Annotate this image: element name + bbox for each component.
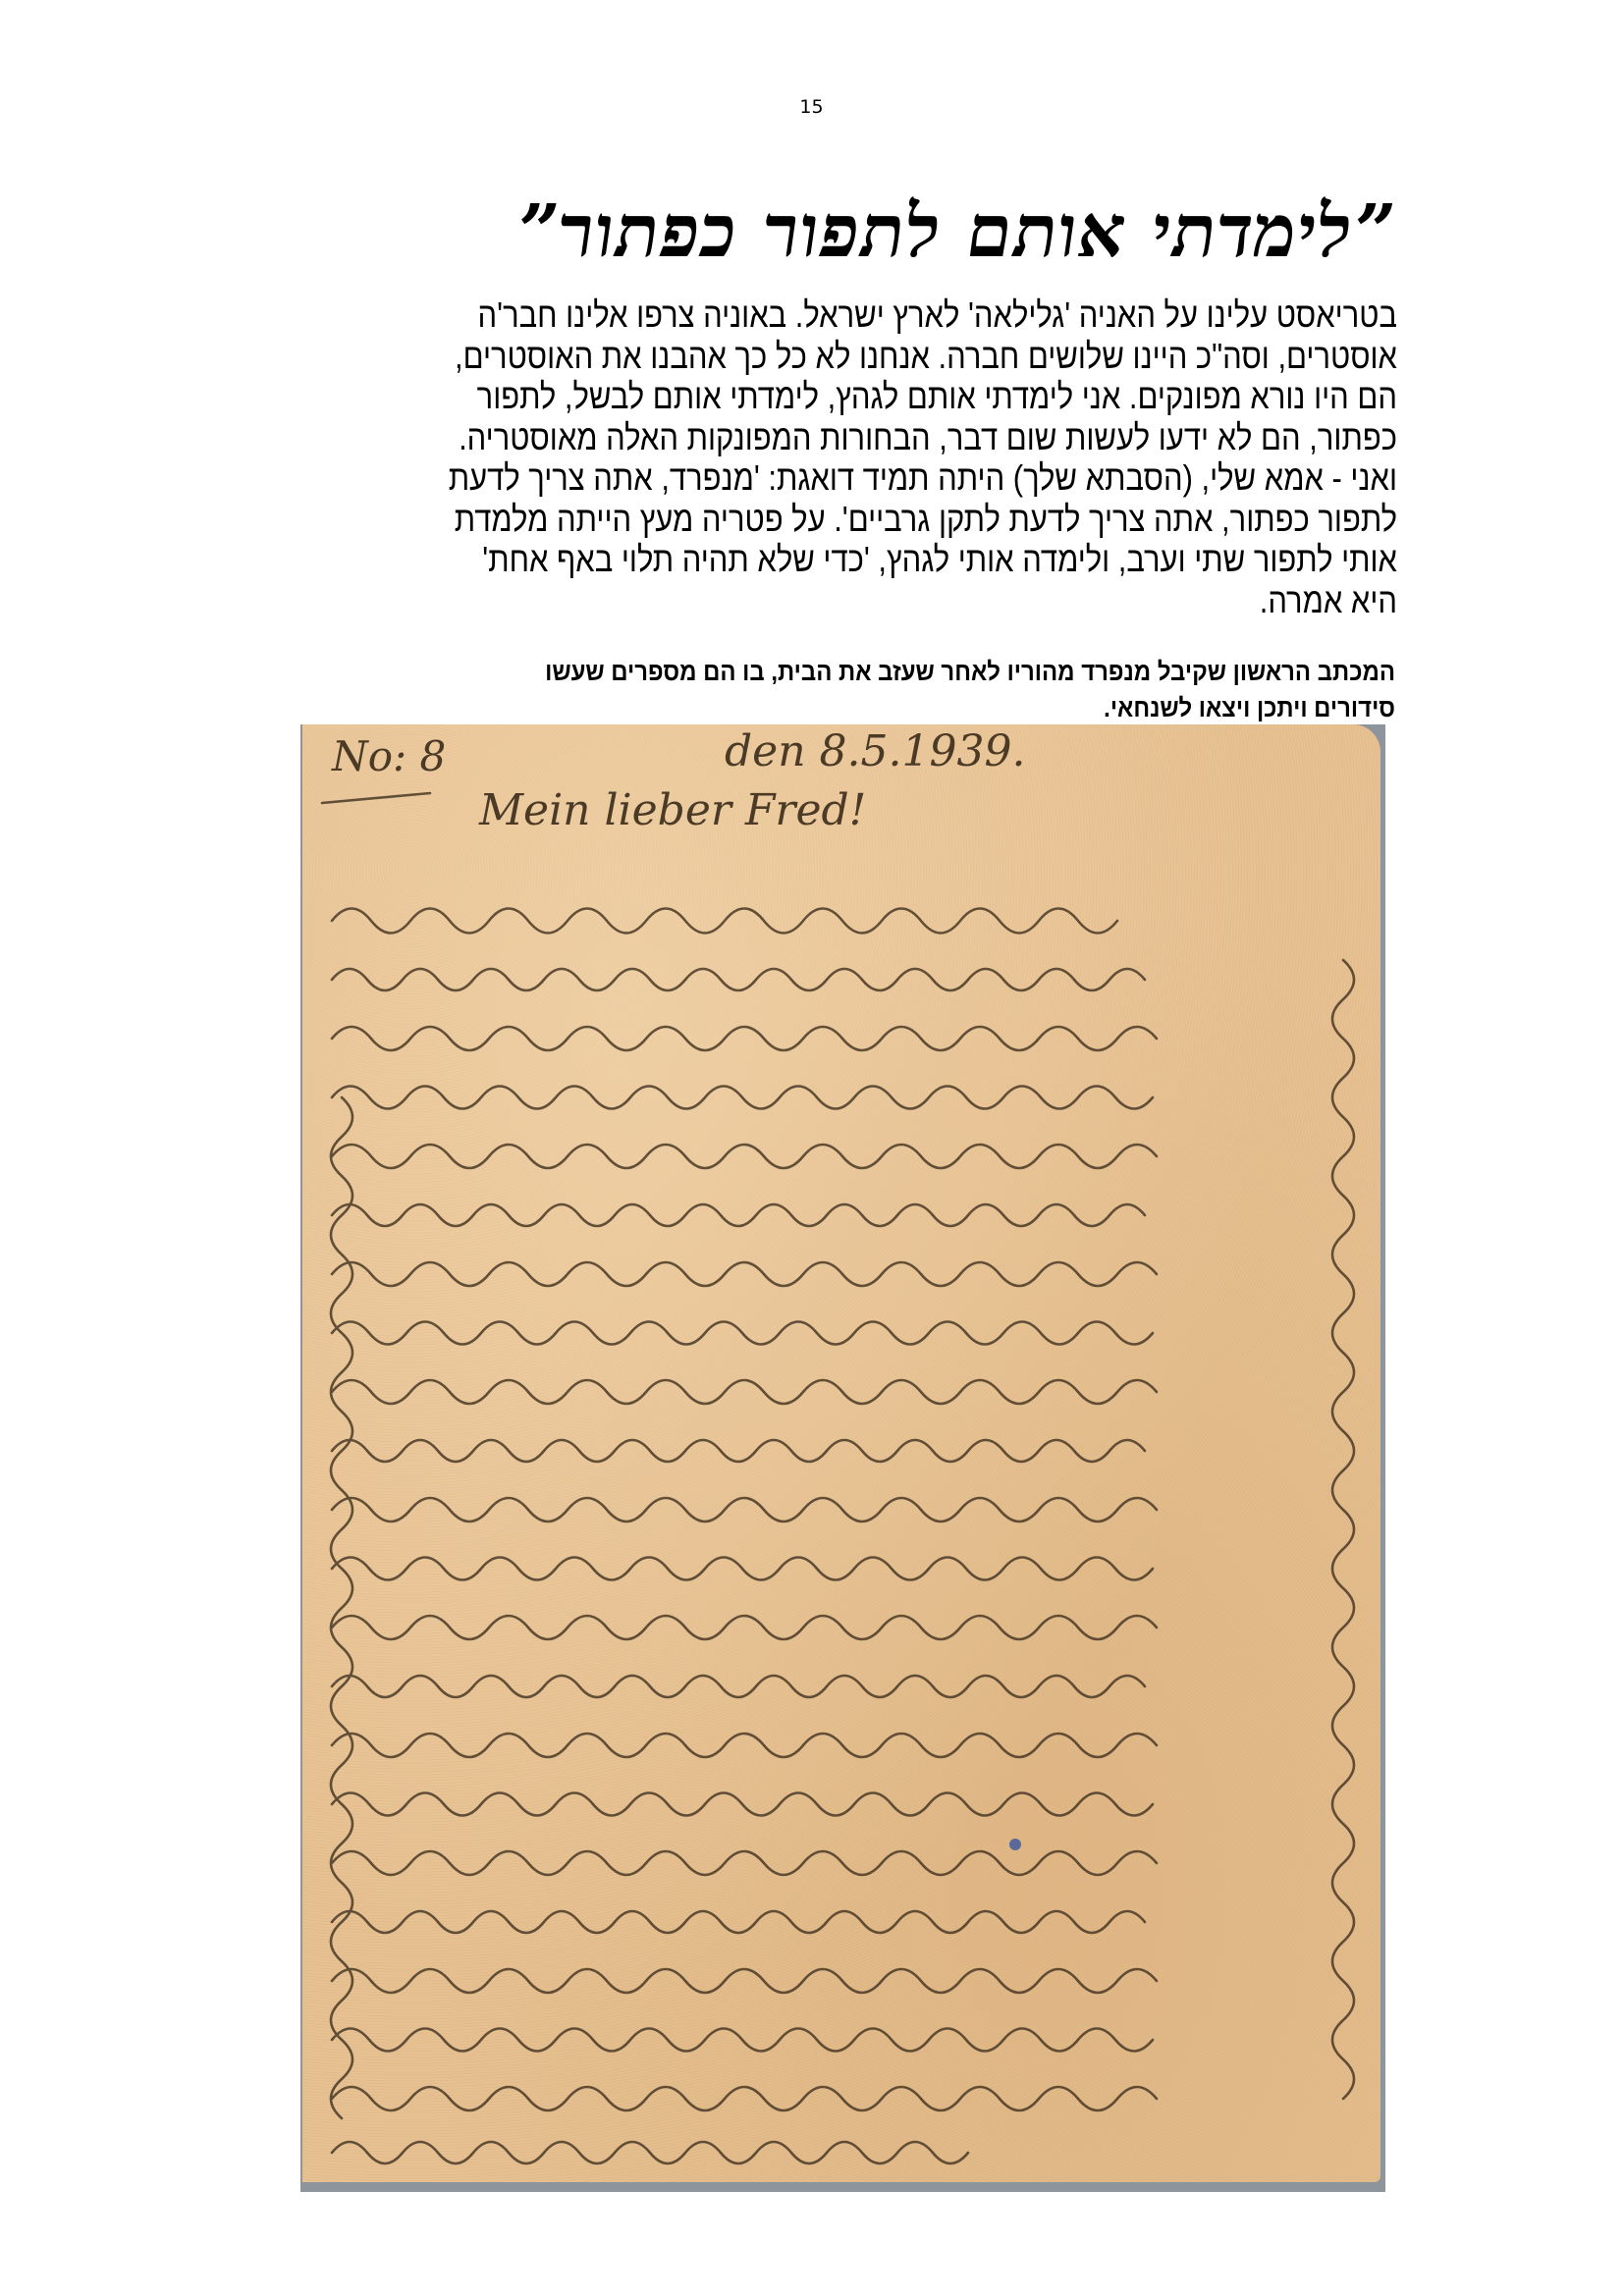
caption-line: סידורים ויתכן ויצאו לשנחאי. [356, 690, 1395, 726]
letter-greeting: Mein lieber Fred! [479, 785, 866, 835]
body-line: בטריאסט עלינו על האניה 'גלילאה' לארץ ישר… [435, 294, 1397, 336]
letter-scan-image: No: 8 den 8.5.1939. Mein lieber Fred! [300, 724, 1385, 2192]
image-caption: המכתב הראשון שקיבל מנפרד מהוריו לאחר שעז… [356, 654, 1395, 726]
body-line: היא אמרה. [435, 580, 1397, 621]
letter-number: No: 8 [332, 732, 446, 780]
body-line: ואני - אמא שלי, (הסבתא שלך) היתה תמיד דו… [435, 457, 1397, 499]
body-line: כפתור, הם לא ידעו לעשות שום דבר, הבחורות… [435, 417, 1397, 458]
ink-spot [1009, 1839, 1021, 1850]
page-title: ”לימדתי אותם לתפור כפתור” [406, 183, 1402, 281]
body-line: אוסטרים, וסה"כ היינו שלושים חברה. אנחנו … [435, 336, 1397, 377]
body-paragraph: בטריאסט עלינו על האניה 'גלילאה' לארץ ישר… [435, 294, 1397, 620]
handwriting-strokes [302, 724, 1380, 2182]
caption-line: המכתב הראשון שקיבל מנפרד מהוריו לאחר שעז… [356, 654, 1395, 690]
body-line: לתפור כפתור, אתה צריך לדעת לתקן גרביים'.… [435, 499, 1397, 540]
body-line: אותי לתפור שתי וערב, ולימדה אותי לגהץ, '… [435, 539, 1397, 580]
body-line: הם היו נורא מפונקים. אני לימדתי אותם לגה… [435, 376, 1397, 417]
page-number: 15 [0, 96, 1623, 118]
letter-paper: No: 8 den 8.5.1939. Mein lieber Fred! [302, 724, 1380, 2182]
letter-date: den 8.5.1939. [725, 726, 1025, 776]
